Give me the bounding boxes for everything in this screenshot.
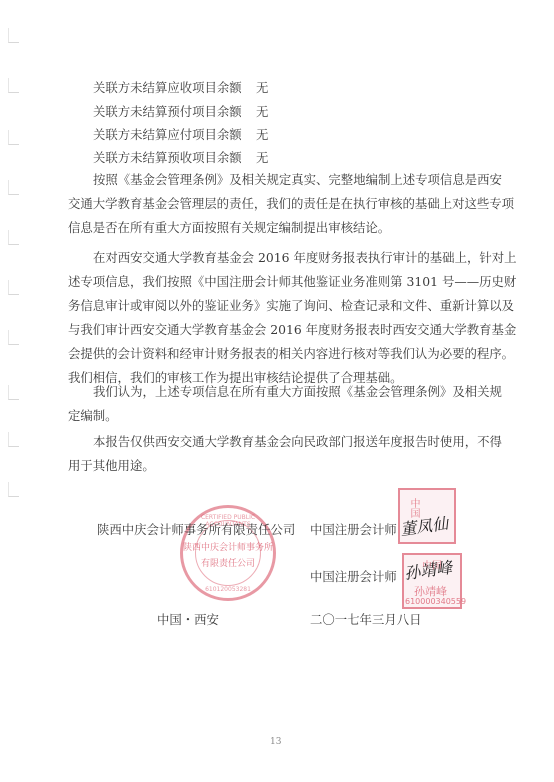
binding-mark: [8, 330, 19, 345]
binding-mark: [8, 385, 19, 400]
seal-text-line2: 有限责任公司: [183, 558, 273, 570]
balance-item: 关联方未结算应付项目余额 无: [93, 125, 242, 143]
firm-name: 陕西中庆会计师事务所有限责任公司: [97, 520, 295, 538]
balance-item-label: 关联方未结算应收项目余额: [93, 80, 242, 95]
cpa2-seal-number: 610000340559: [405, 597, 466, 606]
binding-mark: [8, 280, 19, 295]
paragraph-line: 按照《基金会管理条例》及相关规定真实、完整地编制上述专项信息是西安: [68, 168, 486, 192]
binding-mark: [8, 78, 19, 93]
document-page: 关联方未结算应收项目余额 无 关联方未结算预付项目余额 无 关联方未结算应付项目…: [0, 0, 554, 782]
paragraph-responsibility: 按照《基金会管理条例》及相关规定真实、完整地编制上述专项信息是西安 交通大学教育…: [68, 168, 486, 240]
balance-item-value: 无: [256, 102, 268, 120]
paragraph-line: 会提供的会计资料和经审计财务报表的相关内容进行核对等我们认为必要的程序。: [68, 342, 486, 366]
paragraph-line: 交通大学教育基金会管理层的责任，我们的责任是在执行审核的基础上对这些专项: [68, 192, 486, 216]
binding-mark: [8, 230, 19, 245]
paragraph-line: 本报告仅供西安交通大学教育基金会向民政部门报送年度报告时使用，不得: [68, 430, 486, 454]
binding-mark: [8, 180, 19, 195]
binding-mark: [8, 482, 19, 497]
paragraph-line: 信息是否在所有重大方面按照有关规定编制提出审核结论。: [68, 216, 486, 240]
paragraph-line: 与我们审计西安交通大学教育基金会 2016 年度财务报表时西安交通大学教育基金: [68, 318, 486, 342]
balance-item-label: 关联方未结算预收项目余额: [93, 150, 242, 165]
paragraph-line: 在对西安交通大学教育基金会 2016 年度财务报表执行审计的基础上，针对上: [68, 246, 486, 270]
paragraph-usage-restriction: 本报告仅供西安交通大学教育基金会向民政部门报送年度报告时使用，不得 用于其他用途…: [68, 430, 486, 478]
balance-item: 关联方未结算应收项目余额 无: [93, 78, 242, 96]
seal-rim-bottom: 610120053281: [183, 586, 273, 593]
balance-item-value: 无: [256, 148, 268, 166]
seal-text-line1: 陕西中庆会计师事务所: [183, 542, 273, 554]
paragraph-line: 我们认为，上述专项信息在所有重大方面按照《基金会管理条例》及相关规: [68, 380, 486, 404]
balance-item-value: 无: [256, 78, 268, 96]
balance-item: 关联方未结算预收项目余额 无: [93, 148, 242, 166]
binding-mark: [8, 28, 19, 43]
paragraph-conclusion: 我们认为，上述专项信息在所有重大方面按照《基金会管理条例》及相关规 定编制。: [68, 380, 486, 428]
binding-mark: [8, 130, 19, 145]
report-date: 二〇一七年三月八日: [310, 610, 422, 628]
paragraph-line: 述专项信息，我们按照《中国注册会计师其他鉴证业务准则第 3101 号——历史财: [68, 270, 486, 294]
balance-item-value: 无: [256, 125, 268, 143]
binding-mark: [8, 432, 19, 447]
balance-item: 关联方未结算预付项目余额 无: [93, 102, 242, 120]
cpa1-label: 中国注册会计师: [310, 520, 397, 538]
paragraph-line: 用于其他用途。: [68, 454, 486, 478]
cpa2-label: 中国注册会计师: [310, 567, 397, 585]
paragraph-line: 务信息审计或审阅以外的鉴证业务》实施了询问、检查记录和文件、重新计算以及: [68, 294, 486, 318]
balance-item-label: 关联方未结算预付项目余额: [93, 104, 242, 119]
page-number: 13: [270, 737, 281, 747]
balance-item-label: 关联方未结算应付项目余额: [93, 127, 242, 142]
paragraph-line: 定编制。: [68, 404, 486, 428]
paragraph-procedures: 在对西安交通大学教育基金会 2016 年度财务报表执行审计的基础上，针对上 述专…: [68, 246, 486, 390]
location: 中国・西安: [157, 610, 219, 628]
